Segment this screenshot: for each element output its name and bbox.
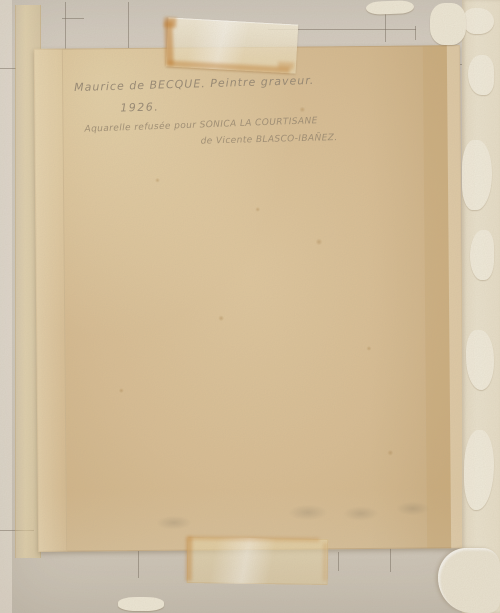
plaster-blob	[466, 330, 494, 390]
tape-piece-top	[166, 17, 299, 73]
board-left-light-edge	[0, 0, 12, 613]
tape-stain	[323, 543, 328, 581]
foxing-spot	[315, 238, 322, 245]
paper-sheet: Maurice de BECQUE. Peintre graveur. 1926…	[34, 45, 464, 552]
pencil-mark	[128, 2, 129, 48]
tape-stain	[186, 537, 193, 581]
inscription-work: Aquarelle refusée pour SONICA LA COURTIS…	[84, 116, 318, 135]
pencil-mark	[138, 551, 139, 578]
inscription-artist: Maurice de BECQUE. Peintre graveur.	[74, 74, 314, 94]
plaster-chip-bottom	[118, 597, 164, 611]
artwork-verso-photo: Maurice de BECQUE. Peintre graveur. 1926…	[0, 0, 500, 613]
foxing-spot	[155, 178, 160, 183]
plaster-blob	[462, 140, 492, 210]
smudge	[343, 506, 379, 521]
pencil-mark	[390, 547, 391, 572]
foxing-spot	[119, 388, 124, 393]
smudge	[288, 504, 328, 520]
plaster-edge	[462, 0, 500, 613]
foxing-spot	[387, 450, 393, 456]
pencil-mark	[62, 18, 84, 19]
pencil-mark	[65, 2, 66, 52]
plaster-blob	[464, 430, 494, 510]
tape-stain	[164, 17, 177, 28]
sheet-left-overlap-band	[34, 49, 67, 552]
pencil-mark	[0, 68, 16, 69]
smudge	[156, 516, 192, 530]
foxing-spot	[255, 207, 260, 212]
foxing-spot	[366, 346, 371, 351]
smudge	[396, 501, 430, 515]
plaster-chip-top	[366, 0, 414, 15]
plaster-blob	[464, 8, 494, 34]
foxing-spot	[218, 315, 224, 321]
inscription-author: de Vicente BLASCO-IBAÑEZ.	[201, 133, 338, 147]
plaster-blob	[468, 55, 494, 95]
tape-piece-bottom	[187, 537, 329, 585]
tape-stain	[278, 62, 294, 70]
tape-stain	[164, 21, 173, 65]
inscription-year: 1926.	[120, 100, 159, 114]
pencil-mark	[338, 552, 339, 571]
pencil-mark	[415, 26, 416, 40]
plaster-blob-bottom-right	[438, 548, 500, 613]
foxing-spot	[299, 107, 305, 113]
plaster-blob	[470, 230, 494, 280]
plaster-chip-top-right	[430, 3, 466, 45]
tape-shine	[187, 537, 329, 585]
